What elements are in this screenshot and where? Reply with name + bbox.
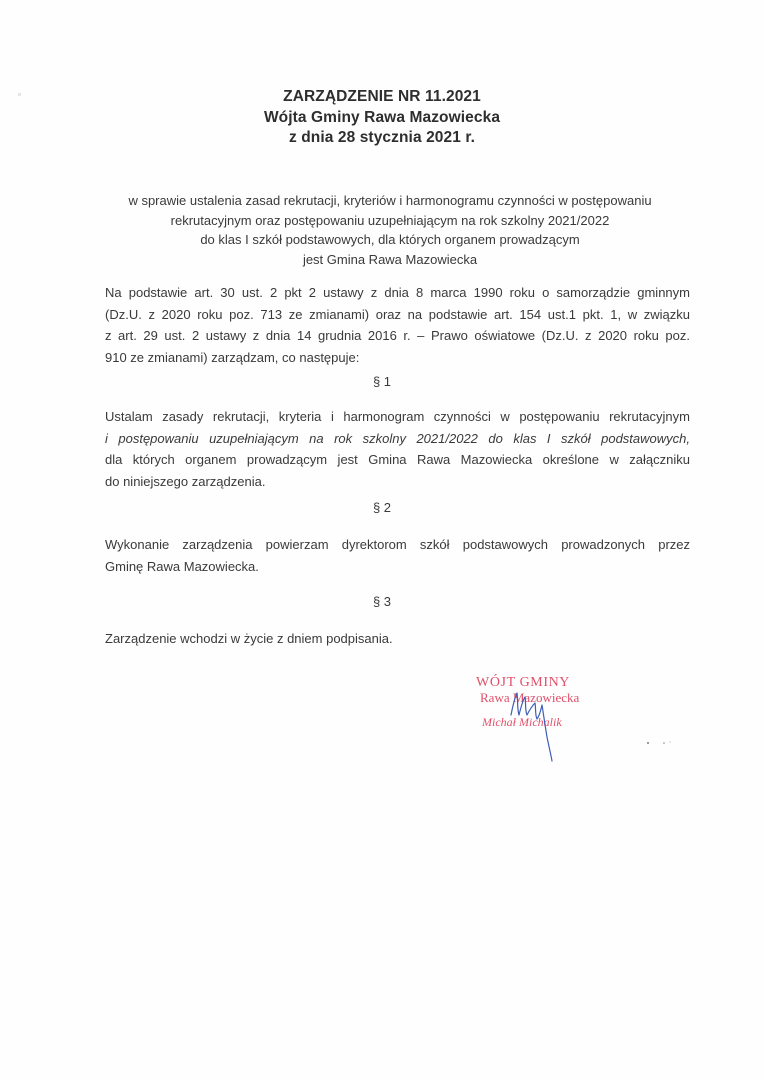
- document-title: ZARZĄDZENIE NR 11.2021 Wójta Gminy Rawa …: [0, 87, 764, 149]
- preamble-line: Na podstawie art. 30 ust. 2 pkt 2 ustawy…: [105, 282, 690, 304]
- title-date: z dnia 28 stycznia 2021 r.: [0, 128, 764, 149]
- section-2-line: Wykonanie zarządzenia powierzam dyrektor…: [105, 534, 690, 556]
- title-issuer: Wójta Gminy Rawa Mazowiecka: [0, 108, 764, 129]
- section-3-paragraph: Zarządzenie wchodzi w życie z dniem podp…: [105, 628, 690, 650]
- section-1-line: dla których organem prowadzącym jest Gmi…: [105, 449, 690, 471]
- section-2-paragraph: Wykonanie zarządzenia powierzam dyrektor…: [105, 534, 690, 577]
- title-ordinance-number: ZARZĄDZENIE NR 11.2021: [0, 87, 764, 108]
- section-3-line: Zarządzenie wchodzi w życie z dniem podp…: [105, 628, 690, 650]
- document-page: ZARZĄDZENIE NR 11.2021 Wójta Gminy Rawa …: [0, 0, 764, 1080]
- preamble-line: z art. 29 ust. 2 ustawy z dnia 14 grudni…: [105, 325, 690, 347]
- section-2-line: Gminę Rawa Mazowiecka.: [105, 556, 690, 578]
- section-2-mark: § 2: [0, 500, 764, 515]
- section-1-line: i postępowaniu uzupełniającym na rok szk…: [105, 428, 690, 450]
- section-1-paragraph: Ustalam zasady rekrutacji, kryteria i ha…: [105, 406, 690, 493]
- section-1-line: Ustalam zasady rekrutacji, kryteria i ha…: [105, 406, 690, 428]
- preamble-paragraph: Na podstawie art. 30 ust. 2 pkt 2 ustawy…: [105, 282, 690, 369]
- subject-line: rekrutacyjnym oraz postępowaniu uzupełni…: [100, 211, 680, 231]
- handwritten-signature-icon: [505, 685, 565, 765]
- document-subject: w sprawie ustalenia zasad rekrutacji, kr…: [100, 191, 680, 269]
- scan-artifact: [645, 740, 675, 746]
- section-3-mark: § 3: [0, 594, 764, 609]
- preamble-line: 910 ze zmianami) zarządzam, co następuje…: [105, 347, 690, 369]
- subject-line: jest Gmina Rawa Mazowiecka: [100, 250, 680, 270]
- subject-line: do klas I szkół podstawowych, dla któryc…: [100, 230, 680, 250]
- subject-line: w sprawie ustalenia zasad rekrutacji, kr…: [100, 191, 680, 211]
- section-1-mark: § 1: [0, 374, 764, 389]
- preamble-line: (Dz.U. z 2020 roku poz. 713 ze zmianami)…: [105, 304, 690, 326]
- section-1-line: do niniejszego zarządzenia.: [105, 471, 690, 493]
